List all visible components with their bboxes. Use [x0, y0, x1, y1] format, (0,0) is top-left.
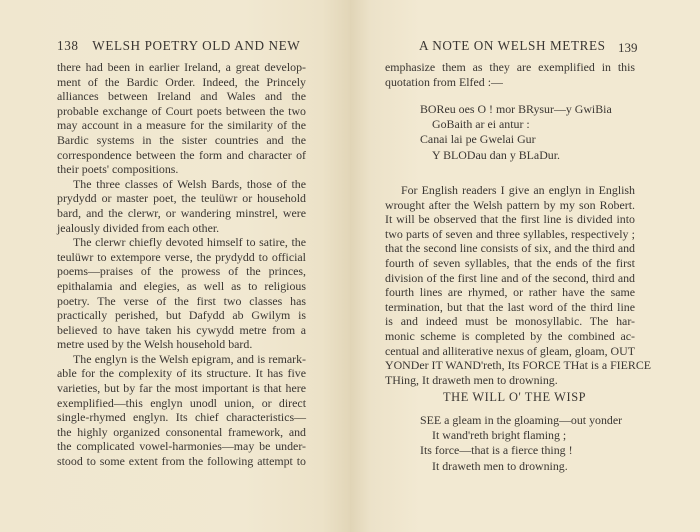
text-line: It will be observed that the first line …: [385, 212, 635, 227]
text-line: varieties, but by far the most important…: [57, 381, 306, 396]
right-body-text: For English readers I give an englyn in …: [385, 183, 635, 387]
text-line: fourth lines are rhymed, or rather have …: [385, 285, 635, 300]
text-line: fourth of seven syllables, that the ends…: [385, 256, 635, 271]
left-running-head: 138 WELSH POETRY OLD AND NEW: [57, 38, 300, 54]
text-line: poems—praises of the prowess of the prin…: [57, 264, 306, 279]
left-body-text: there had been in earlier Ireland, a gre…: [57, 60, 306, 469]
text-line: centual and alliterative nexus of gleam,…: [385, 344, 635, 359]
text-line: prydydd or master poet, the teulüwr or h…: [57, 191, 306, 206]
welsh-quotation: BOReu oes O ! mor BRysur—y GwiBia GoBait…: [420, 102, 612, 163]
verse-line: BOReu oes O ! mor BRysur—y GwiBia: [420, 102, 612, 117]
text-line: division of the first line and of the se…: [385, 271, 635, 286]
text-line: YONDer IT WAND'reth, Its FORCE THat is a…: [385, 358, 635, 373]
text-line: emphasize them as they are exemplified i…: [385, 60, 635, 75]
english-poem: SEE a gleam in the gloaming—out yonder I…: [420, 413, 622, 474]
right-intro-text: emphasize them as they are exemplified i…: [385, 60, 635, 89]
text-line: the highly organized consonental framewo…: [57, 425, 306, 440]
right-running-title: A NOTE ON WELSH METRES: [419, 38, 639, 54]
text-line: probable exchange of Court poets between…: [57, 104, 306, 119]
text-line: ment of the Bardic Order. Indeed, the Pr…: [57, 75, 306, 90]
text-line: poetry. The verse of the first two class…: [57, 294, 306, 309]
paragraph-start-line: The clerwr chiefly devoted himself to sa…: [57, 235, 306, 250]
left-running-title: WELSH POETRY OLD AND NEW: [92, 38, 300, 53]
text-line: able for the complexity of its structure…: [57, 366, 306, 381]
text-line: teulüwr to extempore verse, the prydydd …: [57, 250, 306, 265]
right-page: A NOTE ON WELSH METRES 139 emphasize the…: [350, 0, 700, 532]
verse-line: Its force—that is a fierce thing !: [420, 443, 622, 458]
text-line: quotation from Elfed :—: [385, 75, 635, 90]
text-line: alliances between Ireland and Wales and …: [57, 89, 306, 104]
verse-line: Canai lai pe Gwelai Gur: [420, 132, 612, 147]
text-line: jealously divided from each other.: [57, 221, 306, 236]
text-line: THing, It draweth men to drowning.: [385, 373, 635, 388]
text-line: exemplified—this englyn unodl union, or …: [57, 396, 306, 411]
right-page-number: 139: [618, 40, 638, 56]
left-page-number: 138: [57, 38, 79, 53]
verse-line: GoBaith ar ei antur :: [420, 117, 612, 132]
text-line: stood to some extent from the following …: [57, 454, 306, 469]
text-line: believed to have taken his cywydd metre …: [57, 323, 306, 338]
text-line: correspondence between the form and char…: [57, 148, 306, 163]
text-line: termination, but that the last word of t…: [385, 300, 635, 315]
text-line: there had been in earlier Ireland, a gre…: [57, 60, 306, 75]
paragraph-start-line: The three classes of Welsh Bards, those …: [57, 177, 306, 192]
text-line: single-rhymed englyn. Its chief characte…: [57, 410, 306, 425]
text-line: epithalamia and elegies, as well as to r…: [57, 279, 306, 294]
text-line: may account in a measure for the similar…: [57, 118, 306, 133]
poem-title: THE WILL O' THE WISP: [443, 390, 586, 405]
paragraph-start-line: For English readers I give an englyn in …: [385, 183, 635, 198]
verse-line: It wand'reth bright flaming ;: [420, 428, 622, 443]
verse-line: SEE a gleam in the gloaming—out yonder: [420, 413, 622, 428]
text-line: wrought after the Welsh pattern by my so…: [385, 198, 635, 213]
text-line: Bardic systems in the sister countries a…: [57, 133, 306, 148]
book-spread: 138 WELSH POETRY OLD AND NEW there had b…: [0, 0, 700, 532]
text-line: their poets' compositions.: [57, 162, 306, 177]
text-line: that the second line consists of six, an…: [385, 241, 635, 256]
verse-line: Y BLODau dan y BLaDur.: [420, 148, 612, 163]
text-line: bard, and the clerwr, or wandering minst…: [57, 206, 306, 221]
text-line: monic scheme is completed by the combine…: [385, 329, 635, 344]
text-line: two parts of seven and three syllables, …: [385, 227, 635, 242]
text-line: is and indeed must be monosyllabic. The …: [385, 314, 635, 329]
text-line: the complicated vowel-harmonies—may be u…: [57, 439, 306, 454]
text-line: metre used by the Welsh household bard.: [57, 337, 306, 352]
verse-line: It draweth men to drowning.: [420, 459, 622, 474]
text-line: practically perished, but Dafydd ab Gwil…: [57, 308, 306, 323]
left-page: 138 WELSH POETRY OLD AND NEW there had b…: [0, 0, 350, 532]
paragraph-start-line: The englyn is the Welsh epigram, and is …: [57, 352, 306, 367]
